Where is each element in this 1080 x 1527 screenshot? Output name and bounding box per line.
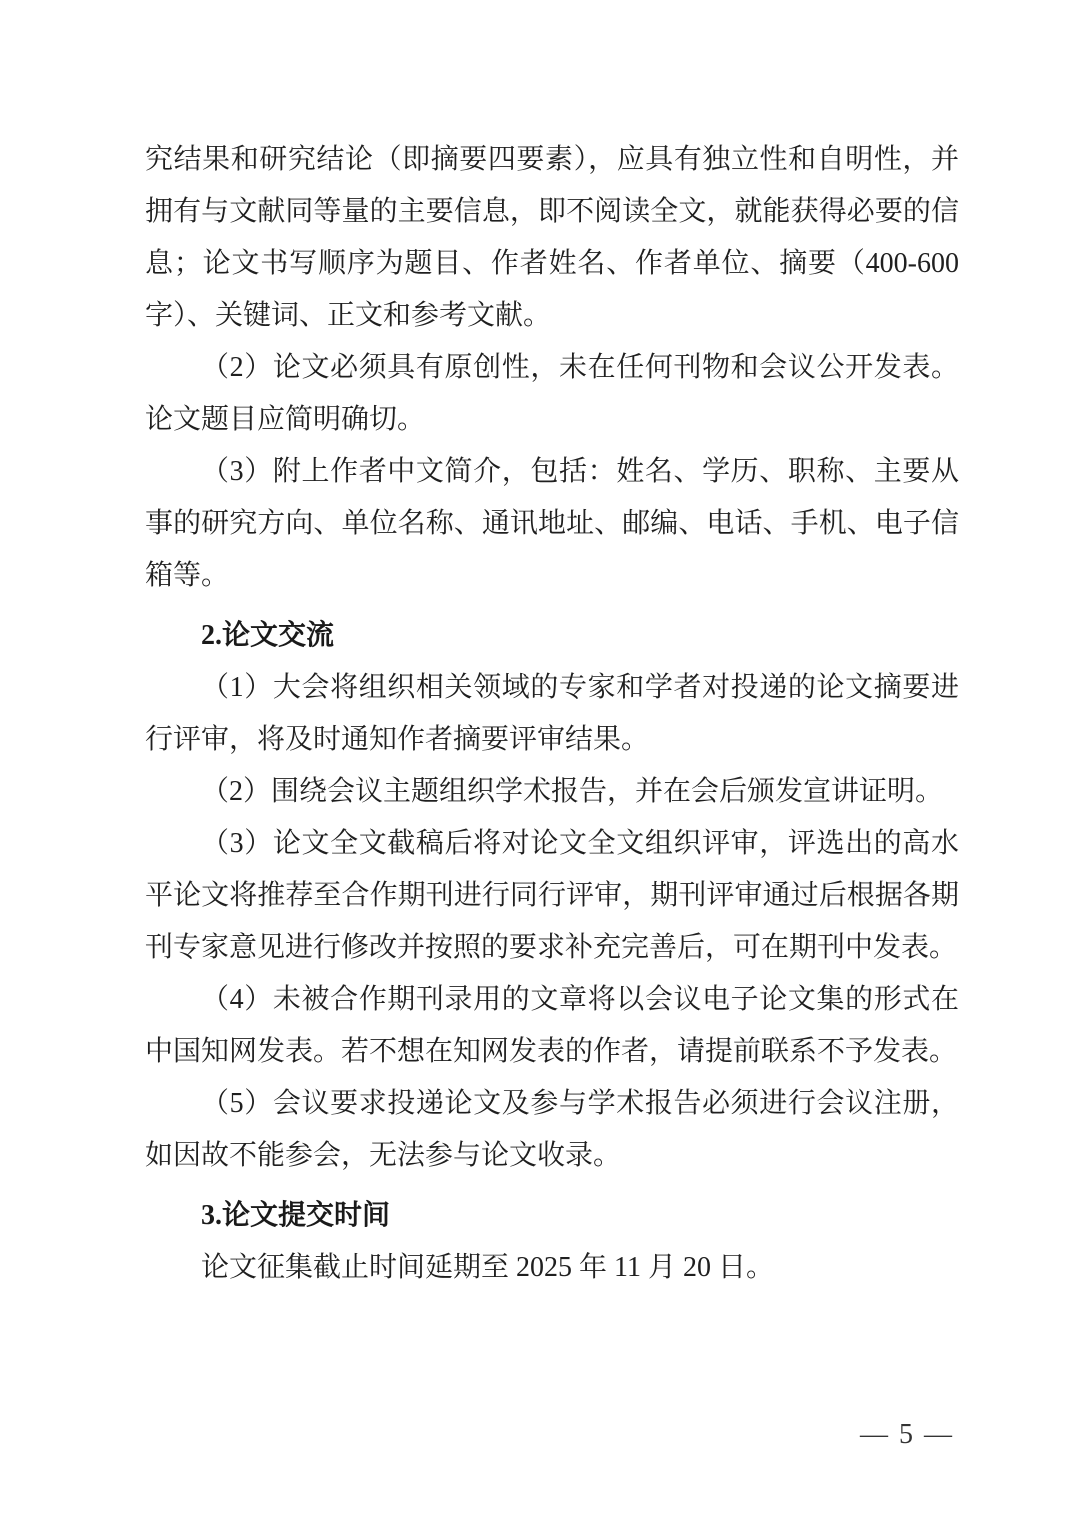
body-paragraph-continuation: 究结果和研究结论（即摘要四要素），应具有独立性和自明性，并拥有与文献同等量的主要… bbox=[145, 134, 959, 342]
document-page: 究结果和研究结论（即摘要四要素），应具有独立性和自明性，并拥有与文献同等量的主要… bbox=[0, 0, 1080, 1527]
body-paragraph: （2）围绕会议主题组织学术报告，并在会后颁发宣讲证明。 bbox=[145, 766, 959, 818]
body-paragraph: （3）论文全文截稿后将对论文全文组织评审，评选出的高水平论文将推荐至合作期刊进行… bbox=[145, 818, 959, 974]
section-heading-paper-exchange: 2.论文交流 bbox=[145, 610, 959, 662]
body-paragraph: （2）论文必须具有原创性，未在任何刊物和会议公开发表。论文题目应简明确切。 bbox=[145, 342, 959, 446]
body-paragraph: （4）未被合作期刊录用的文章将以会议电子论文集的形式在中国知网发表。若不想在知网… bbox=[145, 974, 959, 1078]
body-paragraph: （5）会议要求投递论文及参与学术报告必须进行会议注册，如因故不能参会，无法参与论… bbox=[145, 1078, 959, 1182]
section-heading-submission-deadline: 3.论文提交时间 bbox=[145, 1190, 959, 1242]
page-number: — 5 — bbox=[860, 1419, 954, 1451]
body-paragraph: （1）大会将组织相关领域的专家和学者对投递的论文摘要进行评审，将及时通知作者摘要… bbox=[145, 662, 959, 766]
body-paragraph: 论文征集截止时间延期至 2025 年 11 月 20 日。 bbox=[145, 1242, 959, 1294]
body-paragraph: （3）附上作者中文简介，包括：姓名、学历、职称、主要从事的研究方向、单位名称、通… bbox=[145, 446, 959, 602]
document-body: 究结果和研究结论（即摘要四要素），应具有独立性和自明性，并拥有与文献同等量的主要… bbox=[145, 134, 959, 1294]
